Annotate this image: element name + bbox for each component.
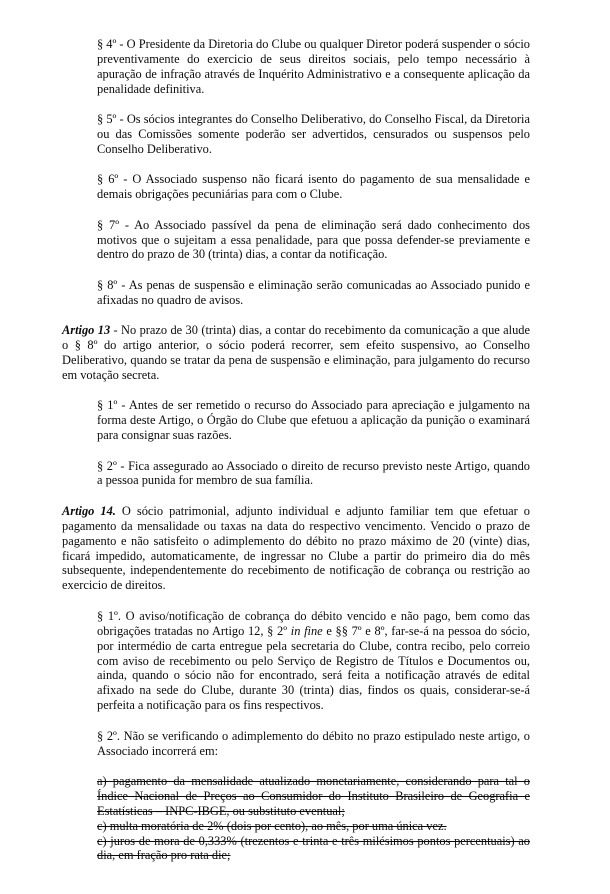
paragraph-sec-7: § 7º - Ao Associado passível da pena de … (97, 218, 530, 263)
paragraph-text: § 5º - Os sócios integrantes do Conselho… (97, 112, 530, 156)
document-content: § 4º - O Presidente da Diretoria do Club… (0, 0, 610, 863)
struck-list-item-a: a) pagamento da mensalidade atualizado m… (97, 774, 530, 819)
paragraph-text: § 8º - As penas de suspensão e eliminaçã… (97, 278, 530, 307)
paragraph-text: § 1º - Antes de ser remetido o recurso d… (97, 398, 530, 442)
paragraph-article-13-sec-1: § 1º - Antes de ser remetido o recurso d… (97, 398, 530, 443)
paragraph-text: a) pagamento da mensalidade atualizado m… (97, 774, 530, 818)
paragraph-text: § 2º. Não se verificando o adimplemento … (97, 729, 530, 758)
paragraph-sec-6: § 6º - O Associado suspenso não ficará i… (97, 172, 530, 202)
article-13-heading: Artigo 13 (62, 323, 110, 337)
paragraph-sec-8: § 8º - As penas de suspensão e eliminaçã… (97, 278, 530, 308)
paragraph-text: § 7º - Ao Associado passível da pena de … (97, 218, 530, 262)
paragraph-article-14-sec-2: § 2º. Não se verificando o adimplemento … (97, 729, 530, 759)
article-14-heading: Artigo 14. (62, 504, 116, 518)
latin-term-in-fine: in fine (291, 624, 323, 638)
struck-list-item-c2: c) juros de mora de 0,333% (trezentos e … (97, 834, 530, 864)
paragraph-article-13-sec-2: § 2º - Fica assegurado ao Associado o di… (97, 459, 530, 489)
paragraph-article-14: Artigo 14. O sócio patrimonial, adjunto … (62, 504, 530, 593)
paragraph-article-14-sec-1: § 1º. O aviso/notificação de cobrança do… (97, 609, 530, 713)
paragraph-article-13: Artigo 13 - No prazo de 30 (trinta) dias… (62, 323, 530, 383)
paragraph-text: - No prazo de 30 (trinta) dias, a contar… (62, 323, 530, 382)
paragraph-sec-4: § 4º - O Presidente da Diretoria do Club… (97, 37, 530, 97)
paragraph-text: c) juros de mora de 0,333% (trezentos e … (97, 834, 530, 863)
paragraph-text: § 6º - O Associado suspenso não ficará i… (97, 172, 530, 201)
document-page: § 4º - O Presidente da Diretoria do Club… (0, 0, 610, 894)
paragraph-text: c) multa moratória de 2% (dois por cento… (97, 819, 447, 833)
paragraph-text: O sócio patrimonial, adjunto individual … (62, 504, 530, 593)
paragraph-text: § 2º - Fica assegurado ao Associado o di… (97, 459, 530, 488)
paragraph-sec-5: § 5º - Os sócios integrantes do Conselho… (97, 112, 530, 157)
paragraph-text: § 4º - O Presidente da Diretoria do Club… (97, 37, 530, 96)
struck-list-item-c1: c) multa moratória de 2% (dois por cento… (97, 819, 530, 834)
